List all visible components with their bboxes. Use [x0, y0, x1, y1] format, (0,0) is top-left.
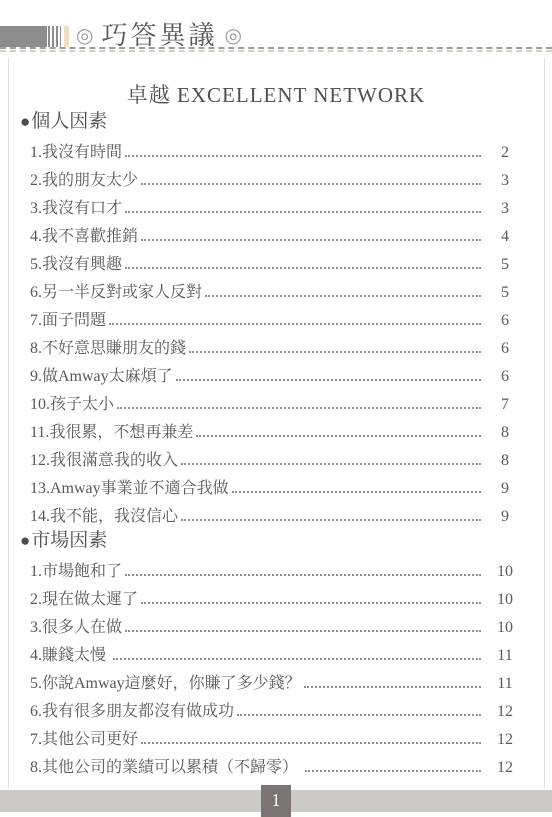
page-edge-left [8, 58, 9, 789]
toc-leader-dots [232, 491, 481, 493]
toc-item: 4.賺錢太慢 11 [20, 638, 526, 666]
toc-item: 12.我很滿意我的收入8 [20, 443, 526, 471]
toc-item-page: 12 [484, 701, 526, 722]
toc-leader-dots [125, 630, 481, 632]
toc-item-page: 2 [484, 142, 526, 163]
toc-item-page: 10 [484, 561, 526, 582]
toc-item: 8.其他公司的業績可以累積（不歸零） 12 [20, 750, 526, 778]
toc-leader-dots [125, 574, 481, 576]
toc-leader-dots [125, 267, 481, 269]
chapter-header: ◎ 巧答異議 ◎ [0, 23, 242, 49]
toc-item: 13.Amway事業並不適合我做9 [20, 471, 526, 499]
toc-item: 11.我很累，不想再兼差8 [20, 415, 526, 443]
toc-item: 4.我不喜歡推銷4 [20, 219, 526, 247]
toc-item: 10.孩子太小7 [20, 387, 526, 415]
toc-item-page: 7 [484, 394, 526, 415]
toc-item: 8.不好意思賺朋友的錢6 [20, 331, 526, 359]
toc-item: 9.做Amway太麻煩了6 [20, 359, 526, 387]
toc-item-label: 4.我不喜歡推銷 [30, 226, 138, 247]
toc-item: 5.我沒有興趣5 [20, 247, 526, 275]
toc-item-label: 11.我很累，不想再兼差 [30, 422, 193, 443]
toc-item-label: 3.我沒有口才 [30, 198, 122, 219]
toc-item-label: 6.另一半反對或家人反對 [30, 282, 202, 303]
header-stripes-decor [48, 26, 61, 47]
toc-item-page: 9 [484, 506, 526, 527]
toc-leader-dots [189, 351, 481, 353]
toc-item-page: 6 [484, 338, 526, 359]
section-title-text: 個人因素 [31, 111, 107, 132]
toc-item-label: 14.我不能，我沒信心 [30, 506, 178, 527]
header-cream-stripe [64, 26, 69, 47]
toc-item-page: 8 [484, 422, 526, 443]
toc-item-label: 7.面子問題 [30, 310, 106, 331]
toc-item: 7.其他公司更好12 [20, 722, 526, 750]
toc-leader-dots [305, 770, 481, 772]
toc-item-page: 11 [484, 673, 526, 694]
toc-item-label: 2.現在做太遲了 [30, 589, 138, 610]
toc-item: 3.我沒有口才3 [20, 191, 526, 219]
toc-item-page: 5 [484, 282, 526, 303]
toc-item-page: 11 [484, 645, 526, 666]
toc-item-page: 12 [484, 729, 526, 750]
toc-item-page: 10 [484, 589, 526, 610]
toc-item-page: 10 [484, 617, 526, 638]
main-title: 卓越 EXCELLENT NETWORK [0, 79, 552, 109]
section-title-text: 市場因素 [31, 530, 107, 551]
toc-item-label: 6.我有很多朋友都沒有做成功 [30, 701, 234, 722]
toc-item-page: 6 [484, 310, 526, 331]
toc-item-page: 4 [484, 226, 526, 247]
toc-item-page: 12 [484, 757, 526, 778]
toc-leader-dots [176, 379, 481, 381]
toc-item: 1.市場飽和了10 [20, 554, 526, 582]
toc-item-label: 1.市場飽和了 [30, 561, 122, 582]
toc-item-label: 9.做Amway太麻煩了 [30, 366, 173, 387]
toc-item-label: 3.很多人在做 [30, 617, 122, 638]
document-page: ◎ 巧答異議 ◎ 卓越 EXCELLENT NETWORK ●個人因素1.我沒有… [0, 0, 552, 817]
toc-leader-dots [141, 602, 481, 604]
section-title: ●市場因素 [20, 527, 526, 554]
toc-item: 3.很多人在做10 [20, 610, 526, 638]
toc-leader-dots [117, 407, 481, 409]
dashed-divider [0, 47, 552, 52]
toc-leader-dots [109, 323, 481, 325]
toc-leader-dots [141, 183, 481, 185]
dashed-line-top [0, 47, 552, 49]
bullseye-icon-left: ◎ [76, 26, 93, 46]
toc-leader-dots [304, 686, 481, 688]
toc-item: 2.現在做太遲了10 [20, 582, 526, 610]
page-number: 1 [261, 785, 291, 817]
toc-item: 1.我沒有時間2 [20, 135, 526, 163]
toc-leader-dots [141, 742, 481, 744]
bullseye-icon-right: ◎ [224, 26, 241, 46]
toc-item-label: 8.不好意思賺朋友的錢 [30, 338, 186, 359]
toc-item-label: 1.我沒有時間 [30, 142, 122, 163]
toc-item-label: 12.我很滿意我的收入 [30, 450, 178, 471]
toc-item-label: 7.其他公司更好 [30, 729, 138, 750]
toc-leader-dots [113, 658, 481, 660]
toc-item-label: 4.賺錢太慢 [30, 645, 110, 666]
toc-item: 14.我不能，我沒信心9 [20, 499, 526, 527]
section-title: ●個人因素 [20, 108, 526, 135]
page-edge-right [544, 58, 545, 789]
toc-leader-dots [181, 463, 481, 465]
toc-leader-dots [205, 295, 481, 297]
toc-item: 7.面子問題6 [20, 303, 526, 331]
toc-item-label: 2.我的朋友太少 [30, 170, 138, 191]
toc-item: 2.我的朋友太少3 [20, 163, 526, 191]
dashed-line-bottom [0, 50, 552, 52]
toc-item-page: 3 [484, 198, 526, 219]
toc-item-page: 6 [484, 366, 526, 387]
toc-leader-dots [125, 211, 481, 213]
toc-leader-dots [141, 239, 481, 241]
toc-item-label: 13.Amway事業並不適合我做 [30, 478, 229, 499]
toc-item: 6.我有很多朋友都沒有做成功12 [20, 694, 526, 722]
chapter-title: 巧答異議 [101, 23, 217, 49]
toc-item: 6.另一半反對或家人反對5 [20, 275, 526, 303]
section-bullet-icon: ● [20, 112, 30, 131]
toc-item-page: 3 [484, 170, 526, 191]
section-bullet-icon: ● [20, 531, 30, 550]
toc: ●個人因素1.我沒有時間22.我的朋友太少33.我沒有口才34.我不喜歡推銷45… [20, 108, 526, 778]
toc-leader-dots [125, 155, 481, 157]
toc-item-page: 8 [484, 450, 526, 471]
toc-item: 5.你說Amway這麼好，你賺了多少錢？11 [20, 666, 526, 694]
toc-item-label: 8.其他公司的業績可以累積（不歸零） [30, 757, 302, 778]
toc-leader-dots [196, 435, 481, 437]
toc-item-label: 5.你說Amway這麼好，你賺了多少錢？ [30, 673, 301, 694]
header-bar-decor [0, 26, 47, 47]
toc-item-label: 10.孩子太小 [30, 394, 114, 415]
toc-item-page: 5 [484, 254, 526, 275]
toc-item-label: 5.我沒有興趣 [30, 254, 122, 275]
toc-item-page: 9 [484, 478, 526, 499]
toc-leader-dots [237, 714, 481, 716]
toc-leader-dots [181, 519, 481, 521]
